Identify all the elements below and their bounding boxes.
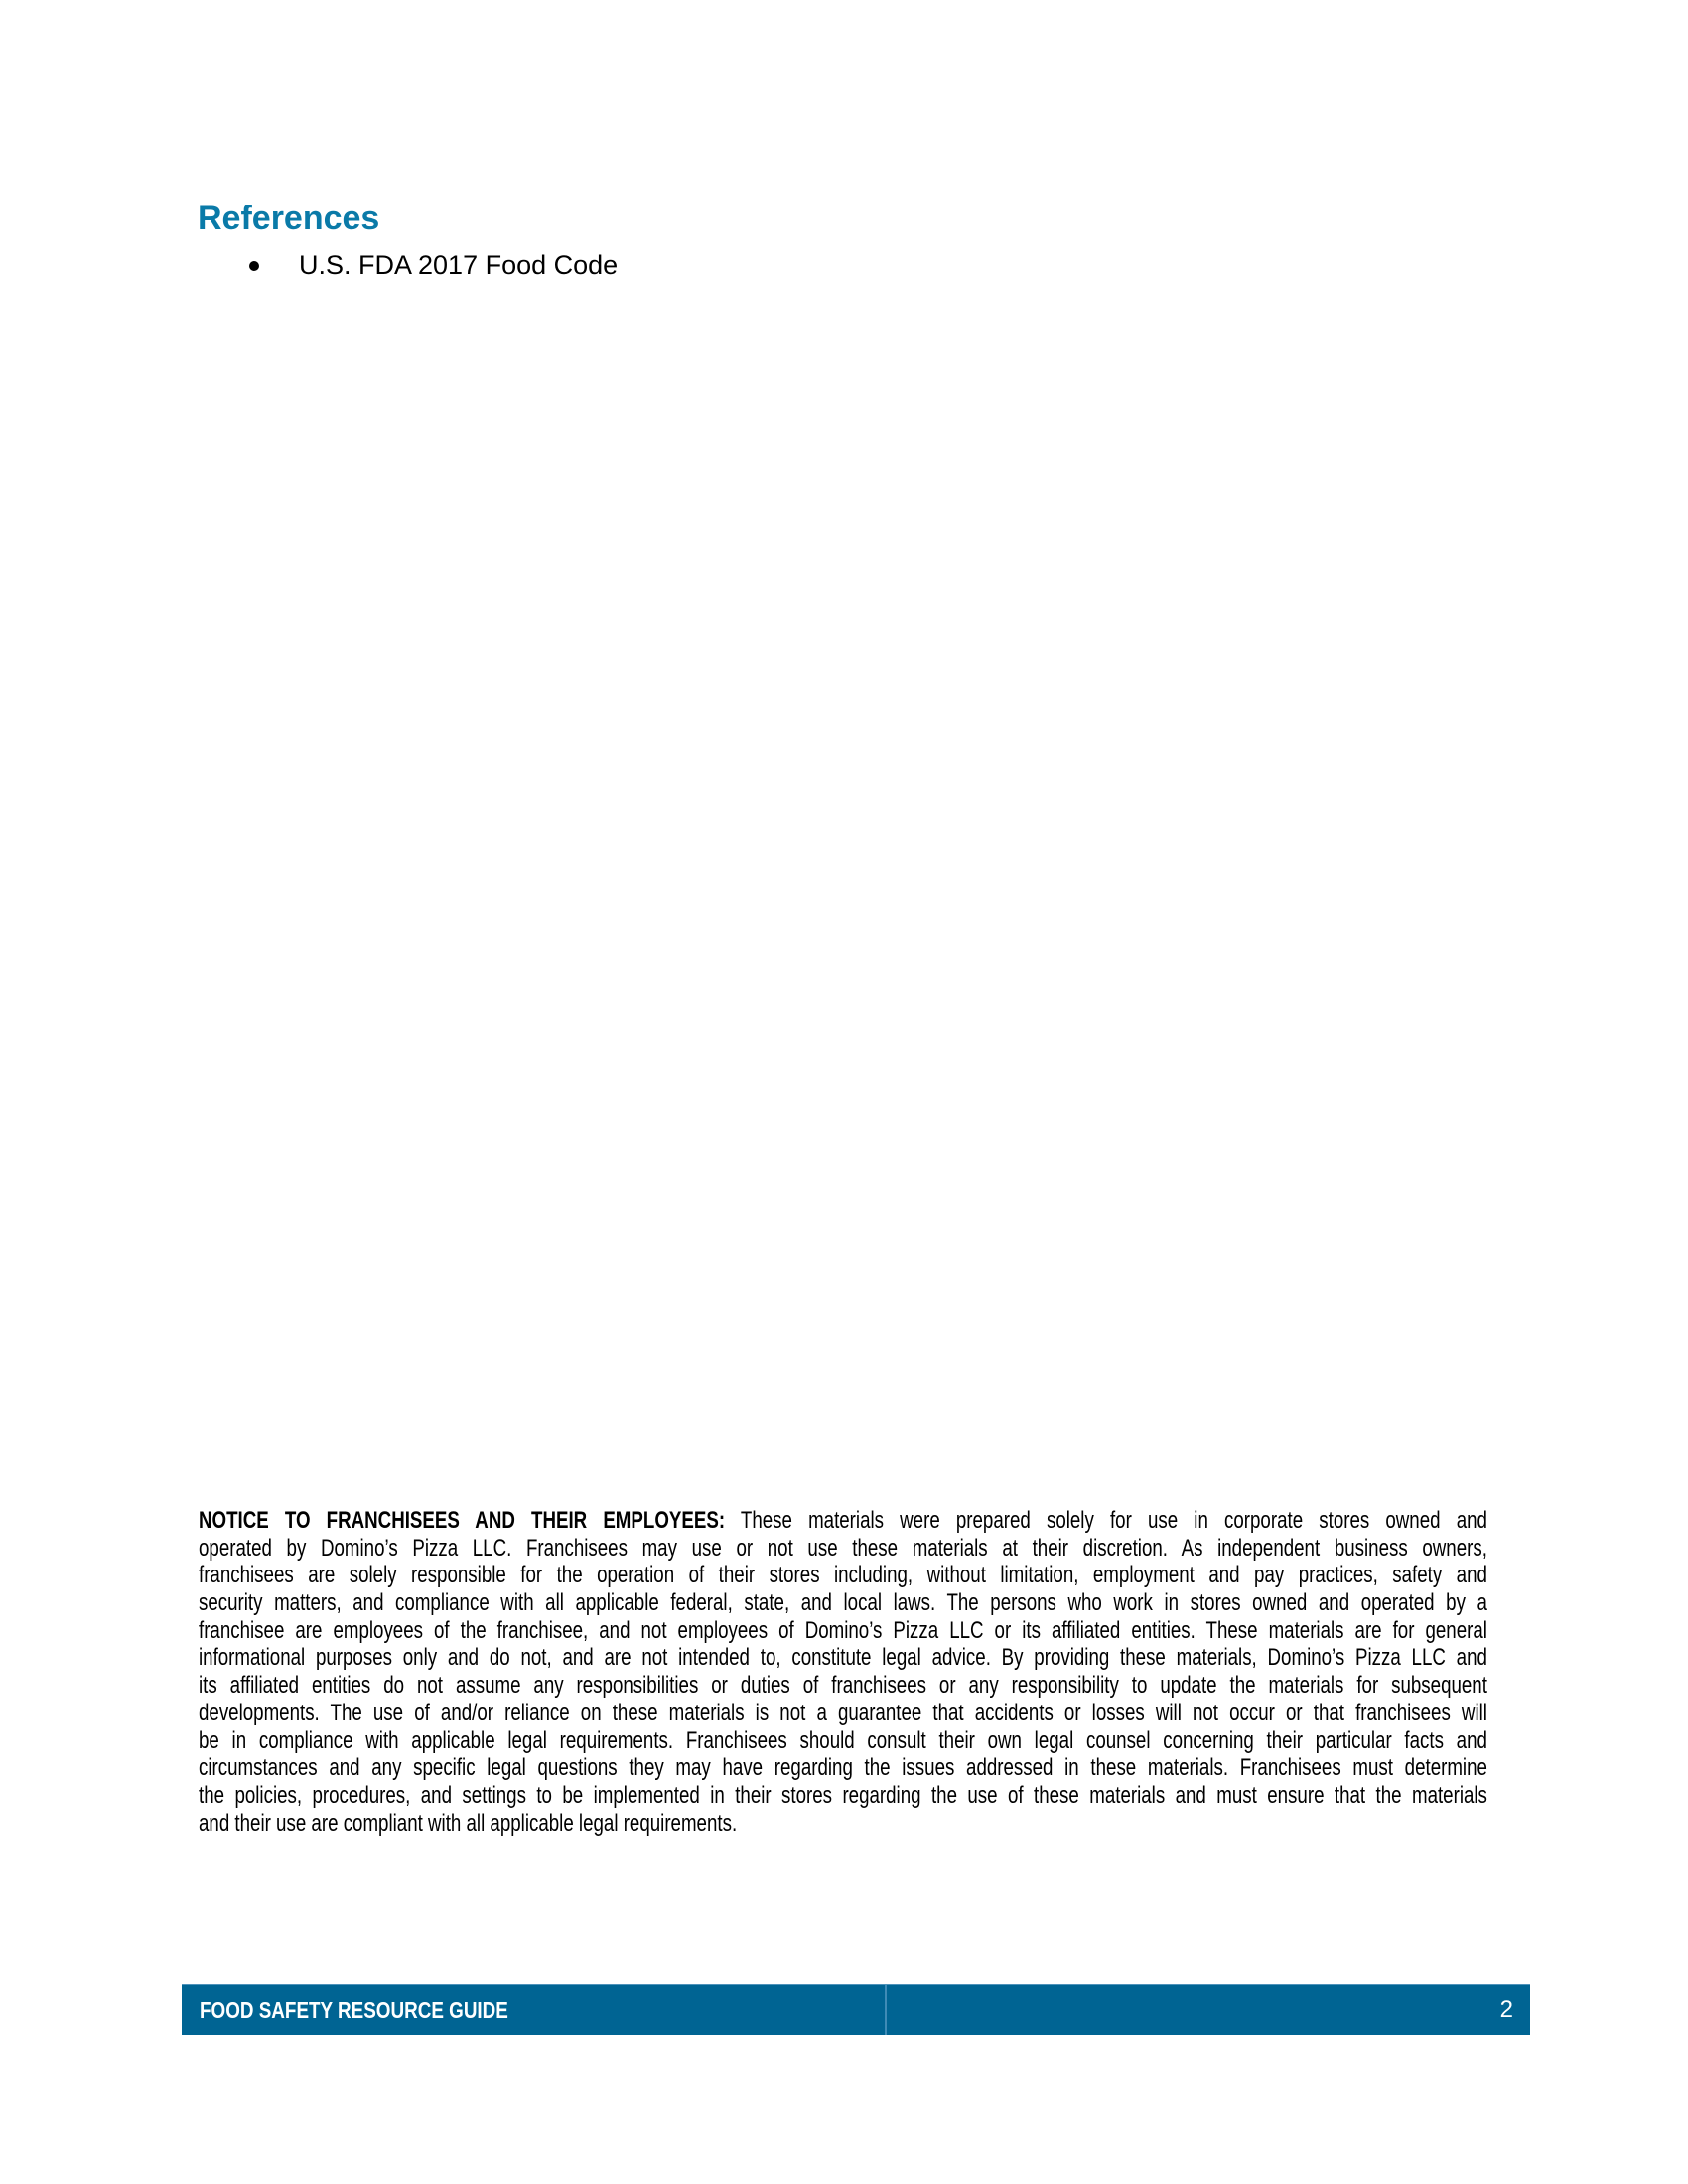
notice-line: be in compliance with applicable legal r… <box>199 1727 1487 1755</box>
franchisee-notice: NOTICE TO FRANCHISEES AND THEIR EMPLOYEE… <box>199 1507 1487 1864</box>
notice-line: operated by Domino’s Pizza LLC. Franchis… <box>199 1535 1487 1563</box>
notice-line: the policies, procedures, and settings t… <box>199 1782 1487 1810</box>
footer-title: FOOD SAFETY RESOURCE GUIDE <box>200 1997 508 2023</box>
document-page: References U.S. FDA 2017 Food Code NOTIC… <box>0 0 1688 2184</box>
references-heading: References <box>198 197 379 240</box>
notice-line: franchisees are solely responsible for t… <box>199 1562 1487 1589</box>
notice-line: informational purposes only and do not, … <box>199 1644 1487 1672</box>
notice-lead: NOTICE TO FRANCHISEES AND THEIR EMPLOYEE… <box>199 1507 725 1534</box>
notice-line: and their use are compliant with all app… <box>199 1810 1487 1838</box>
page-footer: FOOD SAFETY RESOURCE GUIDE 2 <box>182 1984 1530 2035</box>
notice-line: security matters, and compliance with al… <box>199 1589 1487 1617</box>
notice-paragraph: NOTICE TO FRANCHISEES AND THEIR EMPLOYEE… <box>199 1507 1487 1837</box>
notice-line: NOTICE TO FRANCHISEES AND THEIR EMPLOYEE… <box>199 1507 1487 1535</box>
page-number: 2 <box>1500 1997 1513 2023</box>
notice-line: developments. The use of and/or reliance… <box>199 1700 1487 1727</box>
notice-line: circumstances and any specific legal que… <box>199 1754 1487 1782</box>
notice-line-text: These materials were prepared solely for… <box>741 1507 1487 1534</box>
notice-line: franchisee are employees of the franchis… <box>199 1617 1487 1645</box>
notice-line: its affiliated entities do not assume an… <box>199 1672 1487 1700</box>
footer-divider <box>885 1985 887 2035</box>
bullet-icon <box>249 261 259 271</box>
reference-text: U.S. FDA 2017 Food Code <box>299 248 618 282</box>
